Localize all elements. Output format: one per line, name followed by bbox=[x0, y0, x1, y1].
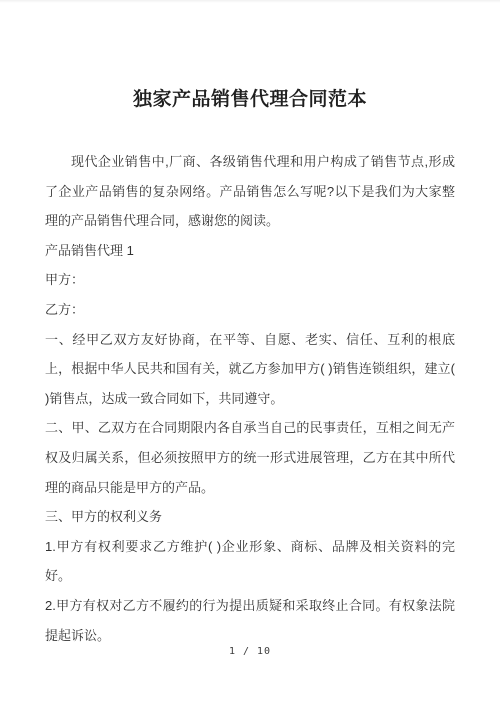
clause-3-heading: 三、甲方的权利义务 bbox=[45, 502, 455, 532]
intro-paragraph: 现代企业销售中,厂商、各级销售代理和用户构成了销售节点,形成了企业产品销售的复杂… bbox=[45, 147, 455, 236]
party-b-line: 乙方： bbox=[45, 295, 455, 325]
section-heading-agency-1: 产品销售代理 1 bbox=[45, 236, 455, 266]
page-footer: 1 / 10 bbox=[0, 641, 500, 659]
document-title: 独家产品销售代理合同范本 bbox=[0, 0, 500, 111]
clause-1-paragraph: 一、经甲乙双方友好协商，在平等、自愿、老实、信任、互利的根底上，根据中华人民共和… bbox=[45, 325, 455, 414]
party-a-line: 甲方： bbox=[45, 265, 455, 295]
clause-3-item-1: 1.甲方有权利要求乙方维护( )企业形象、商标、品牌及相关资料的完好。 bbox=[45, 532, 455, 591]
clause-2-paragraph: 二、甲、乙双方在合同期限内各自承当自己的民事责任，互相之间无产权及归属关系，但必… bbox=[45, 413, 455, 502]
document-body: 现代企业销售中,厂商、各级销售代理和用户构成了销售节点,形成了企业产品销售的复杂… bbox=[45, 147, 455, 650]
document-page: 独家产品销售代理合同范本 现代企业销售中,厂商、各级销售代理和用户构成了销售节点… bbox=[0, 0, 500, 708]
page-number-indicator: 1 / 10 bbox=[229, 646, 271, 657]
